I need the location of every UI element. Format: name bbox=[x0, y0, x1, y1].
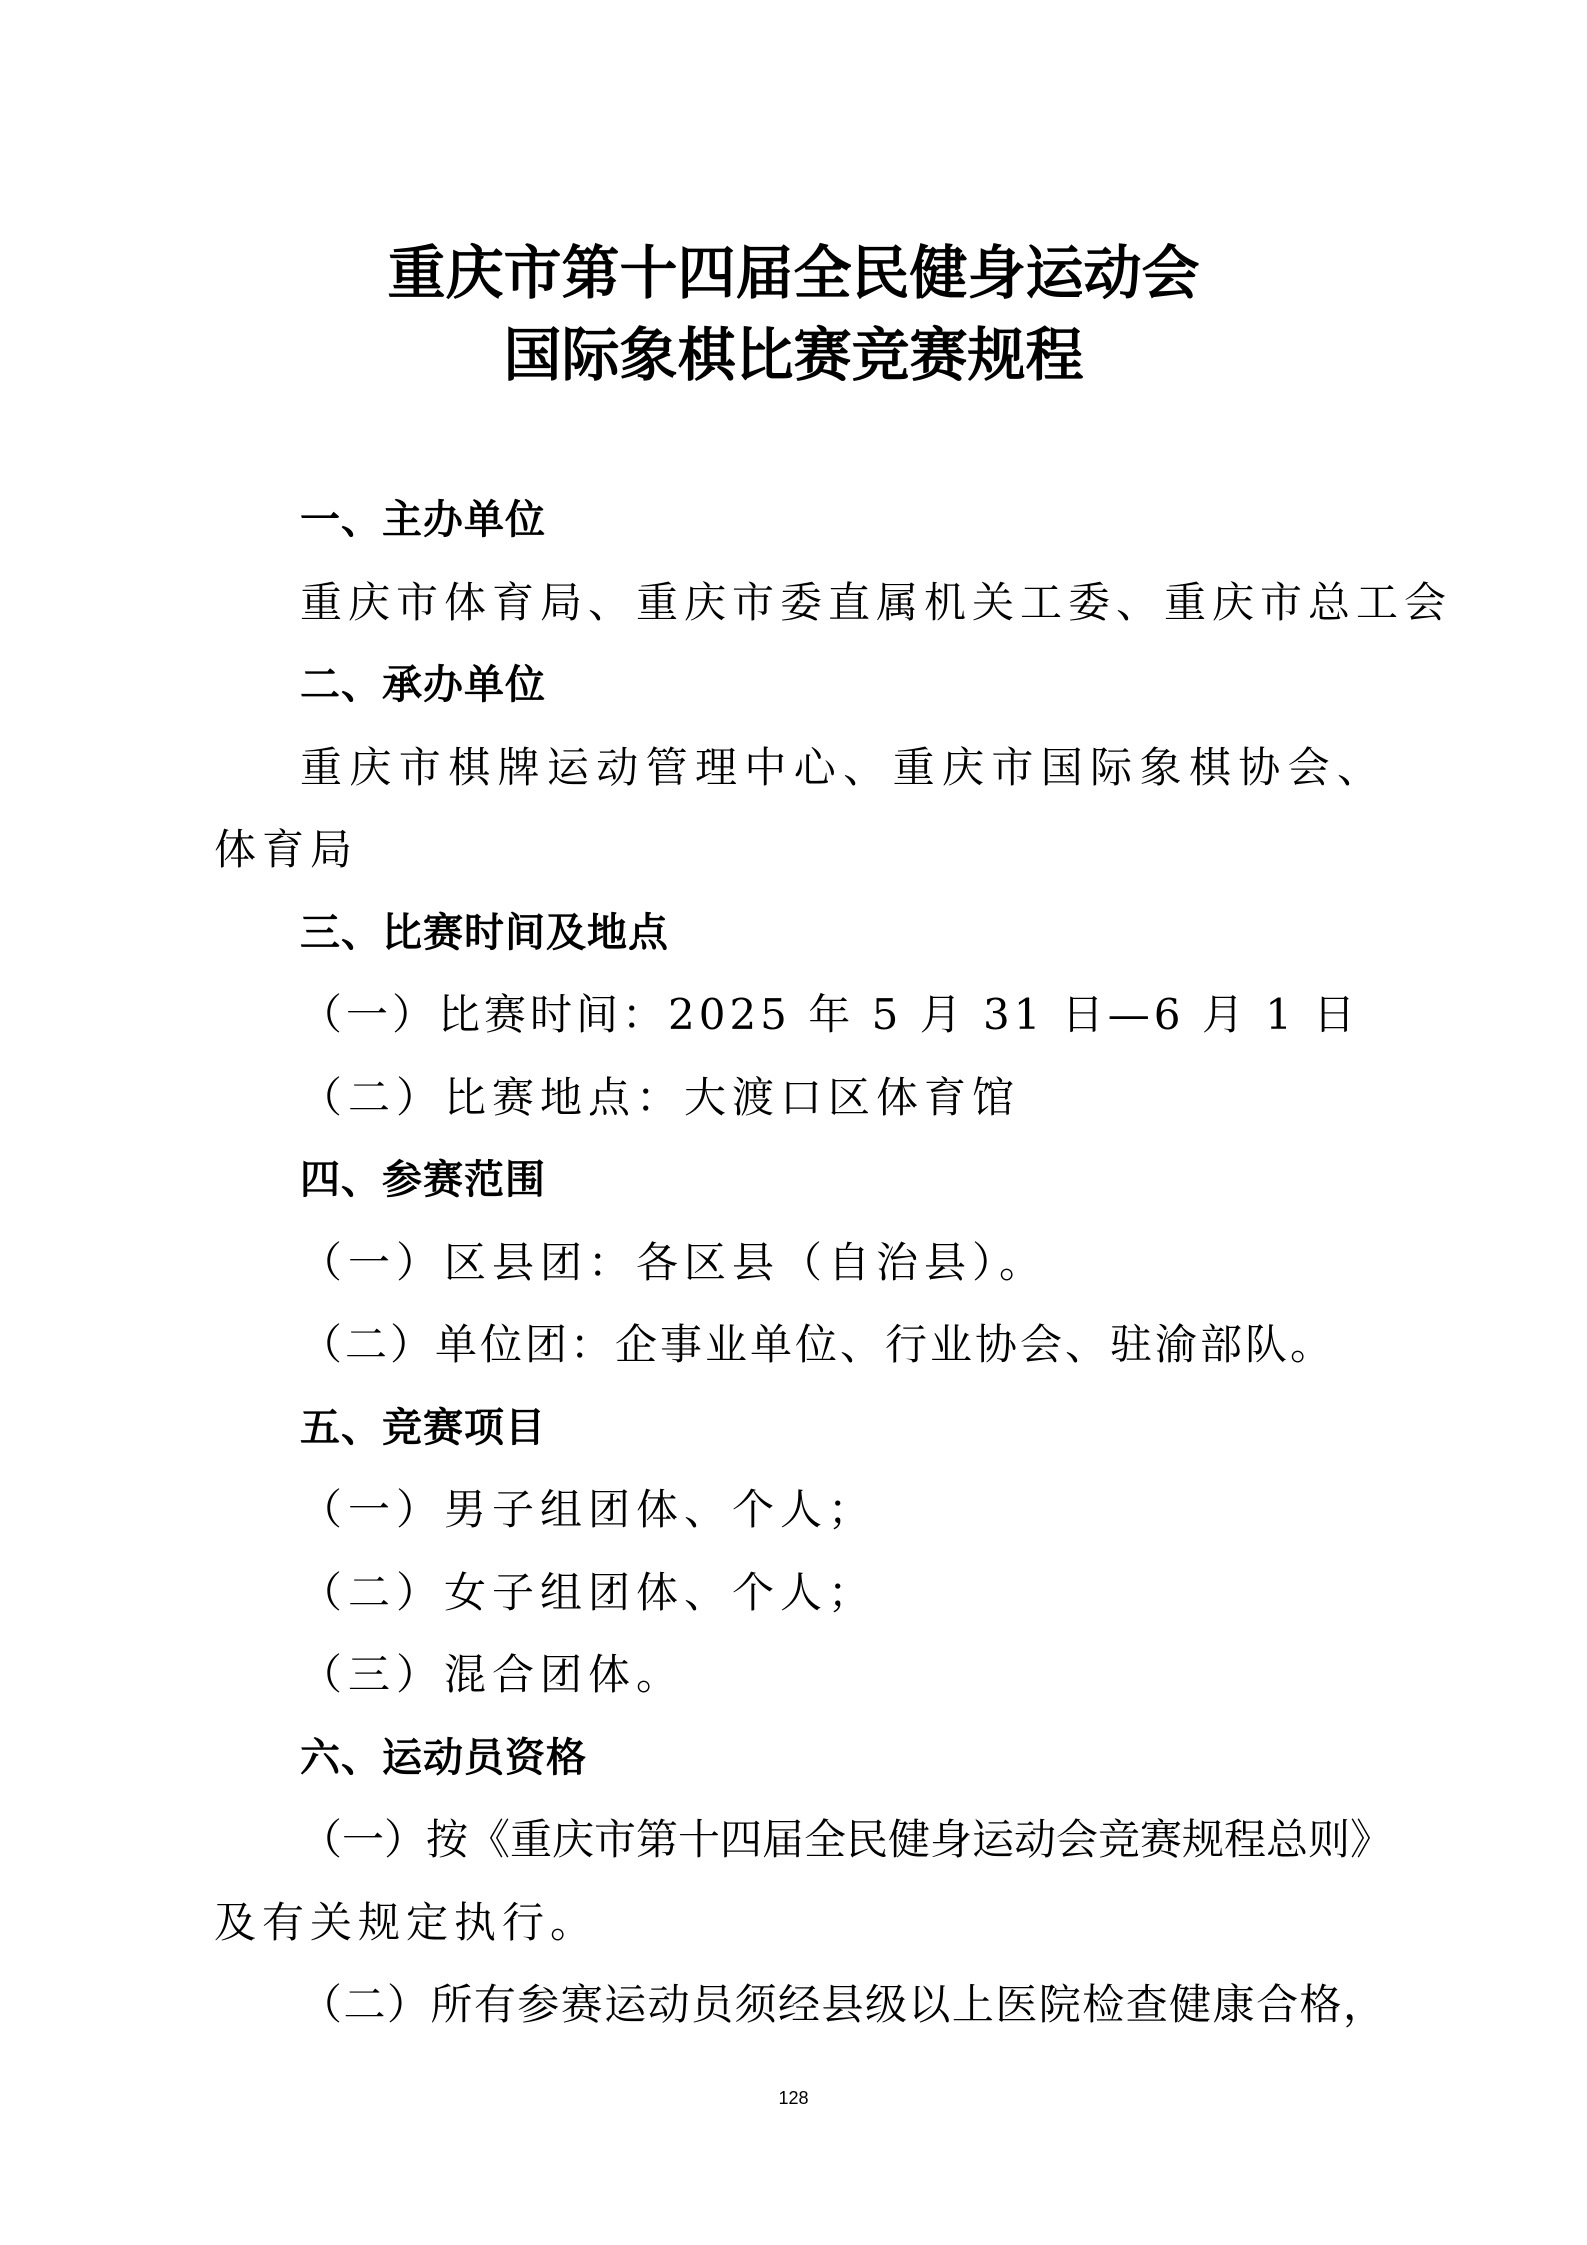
event-women: （二）女子组团体、个人； bbox=[300, 1563, 876, 1623]
event-mixed: （三）混合团体。 bbox=[300, 1645, 684, 1705]
scope-unit-team: （二）单位团：企事业单位、行业协会、驻渝部队。 bbox=[300, 1315, 1335, 1375]
scope-district-team: （一）区县团：各区县（自治县）。 bbox=[300, 1233, 1047, 1293]
section-heading-time-venue: 三、比赛时间及地点 bbox=[300, 903, 669, 963]
competition-time: （一）比赛时间：2025 年 5 月 31 日—6 月 1 日 bbox=[300, 985, 1359, 1045]
section-heading-host: 二、承办单位 bbox=[300, 655, 546, 715]
eligibility-item-2-line-1: （二）所有参赛运动员须经县级以上医院检查健康合格，并 bbox=[300, 1975, 1385, 2035]
eligibility-item-1-line-1: （一）按《重庆市第十四届全民健身运动会竞赛规程总则》 bbox=[300, 1810, 1385, 1870]
organizer-text: 重庆市体育局、重庆市委直属机关工委、重庆市总工会 bbox=[300, 573, 1452, 633]
document-page: 重庆市第十四届全民健身运动会 国际象棋比赛竞赛规程 一、主办单位 重庆市体育局、… bbox=[0, 0, 1587, 2245]
host-text-line-1: 重庆市棋牌运动管理中心、重庆市国际象棋协会、大渡口区 bbox=[300, 738, 1385, 798]
section-heading-scope: 四、参赛范围 bbox=[300, 1150, 546, 1210]
page-number: 128 bbox=[0, 2084, 1587, 2112]
event-men: （一）男子组团体、个人； bbox=[300, 1480, 876, 1540]
section-heading-events: 五、竞赛项目 bbox=[300, 1398, 546, 1458]
competition-venue: （二）比赛地点：大渡口区体育馆 bbox=[300, 1068, 1020, 1128]
host-text-line-2: 体育局 bbox=[214, 820, 358, 880]
section-heading-organizer: 一、主办单位 bbox=[300, 490, 546, 550]
eligibility-item-1-line-2: 及有关规定执行。 bbox=[214, 1893, 598, 1953]
document-title-line-2: 国际象棋比赛竞赛规程 bbox=[0, 320, 1587, 390]
section-heading-eligibility: 六、运动员资格 bbox=[300, 1728, 587, 1788]
document-title-line-1: 重庆市第十四届全民健身运动会 bbox=[0, 238, 1587, 308]
